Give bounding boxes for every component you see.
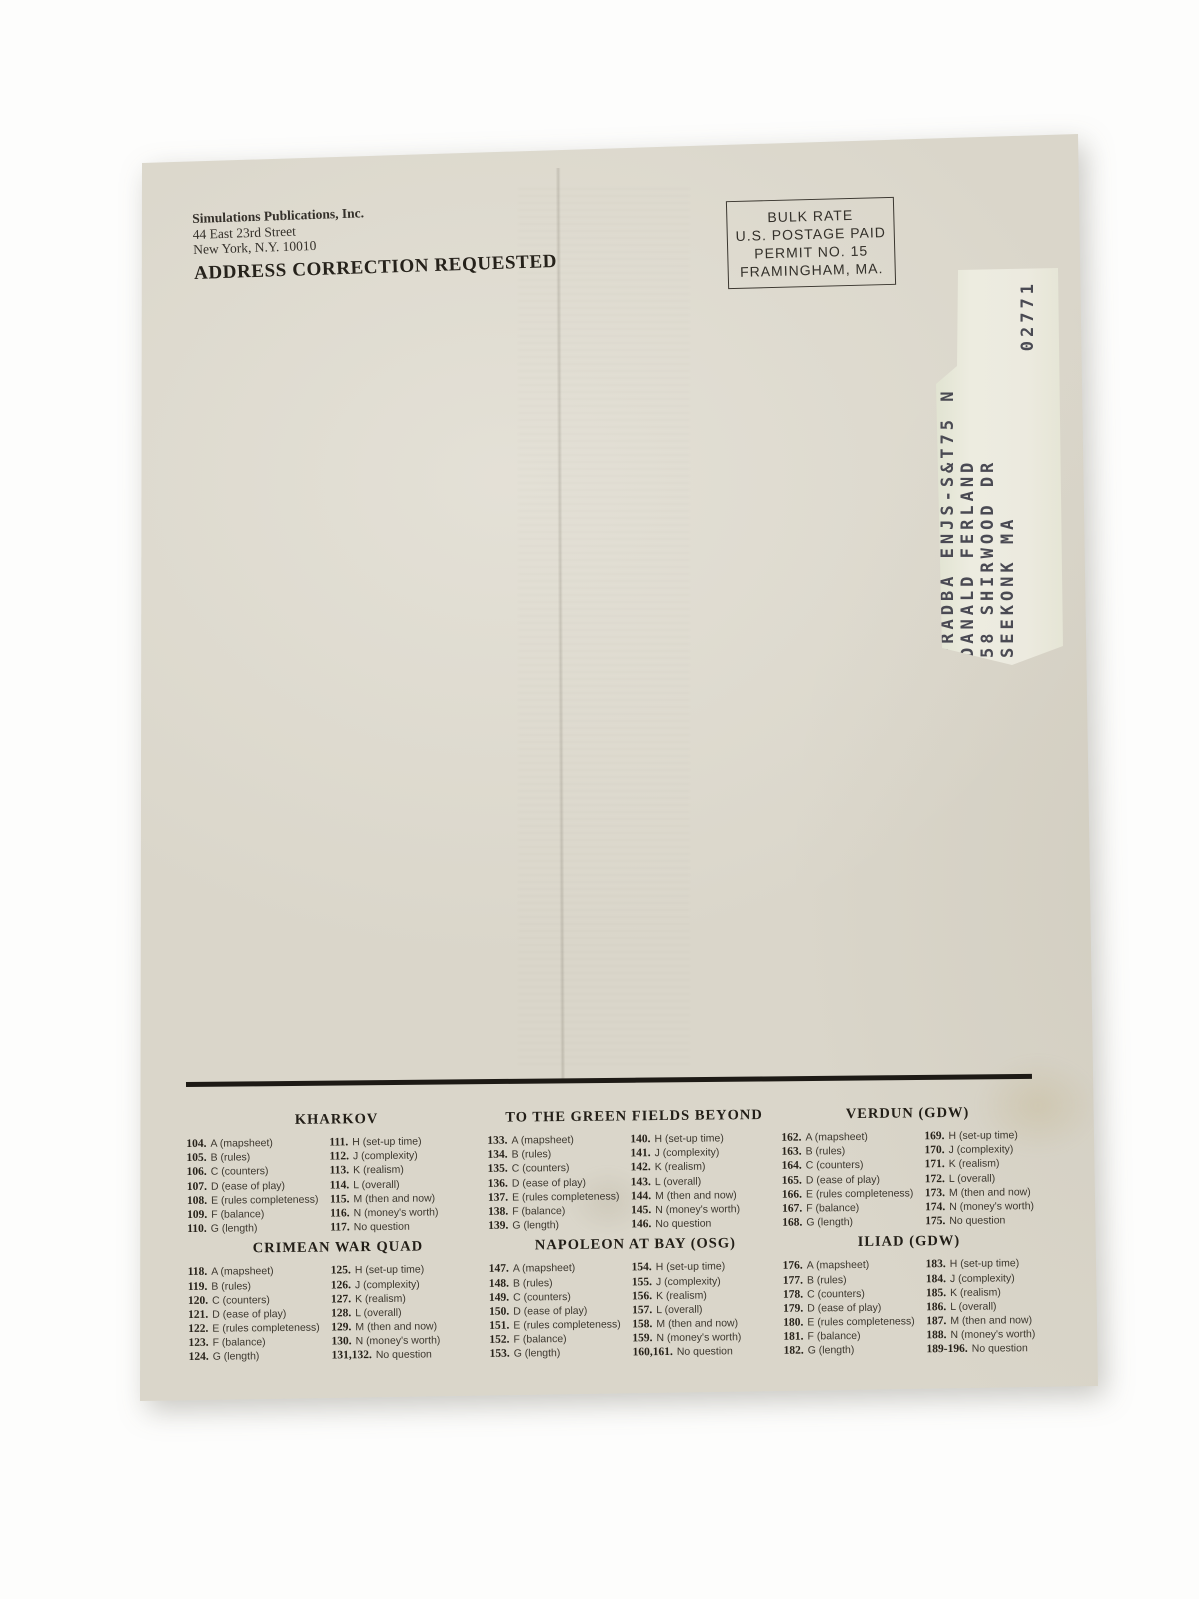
section-divider-rule — [186, 1074, 1032, 1087]
feedback-question-grid: KHARKOV104.A (mapsheet)111.H (set-up tim… — [186, 1103, 1037, 1368]
feedback-item: 160,161.No question — [632, 1342, 732, 1361]
feedback-section: NAPOLEON AT BAY (OSG)147.A (mapsheet)154… — [488, 1234, 783, 1358]
return-address-block: Simulations Publications, Inc. 44 East 2… — [192, 199, 557, 284]
feedback-section: ILIAD (GDW)176.A (mapsheet)183.H (set-up… — [782, 1231, 1036, 1355]
photo-background: Simulations Publications, Inc. 44 East 2… — [0, 0, 1199, 1599]
feedback-item: 182.G (length) — [783, 1340, 926, 1359]
subscriber-code: FRADBA ENJS-S&T75 N — [938, 266, 958, 658]
feedback-column: TO THE GREEN FIELDS BEYOND133.A (mapshee… — [487, 1106, 784, 1366]
question-label: G (length) — [806, 1216, 853, 1228]
feedback-section-title: KHARKOV — [186, 1109, 487, 1130]
question-label: G (length) — [514, 1348, 561, 1360]
page-shadow: Simulations Publications, Inc. 44 East 2… — [0, 0, 1199, 1599]
feedback-row: 164.C (counters)171.K (realism) — [781, 1153, 1034, 1170]
question-label: No question — [376, 1349, 432, 1362]
question-label: No question — [949, 1215, 1005, 1228]
recipient-street: 58 SHIRWOOD DR — [978, 266, 998, 658]
feedback-section-title: CRIMEAN WAR QUAD — [187, 1237, 488, 1258]
feedback-section-title: VERDUN (GDW) — [781, 1103, 1034, 1124]
question-label: G (length) — [211, 1222, 258, 1234]
question-label: G (length) — [213, 1351, 260, 1363]
feedback-section-title: TO THE GREEN FIELDS BEYOND — [487, 1106, 781, 1127]
feedback-row: 152.F (balance)159.N (money's worth) — [489, 1327, 783, 1344]
question-label: G (length) — [808, 1344, 855, 1356]
question-number: 182. — [783, 1345, 803, 1357]
feedback-row: 182.G (length)189-196.No question — [783, 1339, 1036, 1356]
feedback-item: 110.G (length) — [187, 1218, 330, 1237]
feedback-item: 189-196.No question — [926, 1339, 1027, 1358]
feedback-item: 175.No question — [925, 1211, 1005, 1230]
recipient-zip: 02771 — [1018, 266, 1038, 658]
question-number: 189-196. — [926, 1343, 967, 1355]
feedback-section: CRIMEAN WAR QUAD118.A (mapsheet)125.H (s… — [187, 1237, 489, 1361]
question-number: 146. — [631, 1218, 651, 1230]
recipient-city: SEEKONK MA — [998, 266, 1018, 658]
feedback-section: TO THE GREEN FIELDS BEYOND133.A (mapshee… — [487, 1106, 782, 1230]
feedback-section: VERDUN (GDW)162.A (mapsheet)169.H (set-u… — [781, 1103, 1035, 1227]
feedback-row: 168.G (length)175.No question — [782, 1210, 1035, 1227]
mailing-label-sticker: FRADBA ENJS-S&T75 N DANALD FERLAND 58 SH… — [930, 266, 1064, 666]
feedback-row: 178.C (counters)185.K (realism) — [783, 1282, 1036, 1299]
mailing-label-text: FRADBA ENJS-S&T75 N DANALD FERLAND 58 SH… — [936, 266, 1038, 658]
question-number: 175. — [925, 1215, 945, 1227]
question-label: No question — [972, 1343, 1028, 1356]
feedback-column: KHARKOV104.A (mapsheet)111.H (set-up tim… — [186, 1109, 490, 1369]
feedback-item: 153.G (length) — [489, 1343, 632, 1362]
feedback-column: VERDUN (GDW)162.A (mapsheet)169.H (set-u… — [781, 1103, 1037, 1362]
feedback-section-title: NAPOLEON AT BAY (OSG) — [488, 1234, 782, 1255]
feedback-section: KHARKOV104.A (mapsheet)111.H (set-up tim… — [186, 1109, 488, 1233]
feedback-item: 131,132.No question — [331, 1345, 431, 1364]
postage-line: FRAMINGHAM, MA. — [728, 259, 894, 281]
question-number: 160,161. — [632, 1346, 672, 1358]
feedback-row: 138.F (balance)145.N (money's worth) — [488, 1199, 782, 1216]
feedback-row: 110.G (length)117.No question — [187, 1216, 488, 1233]
feedback-item: 124.G (length) — [188, 1346, 331, 1365]
question-label: No question — [677, 1346, 733, 1359]
question-number: 153. — [489, 1348, 509, 1360]
question-number: 168. — [782, 1217, 802, 1229]
feedback-item: 146.No question — [631, 1214, 711, 1233]
feedback-item: 139.G (length) — [488, 1214, 631, 1233]
question-label: No question — [354, 1221, 410, 1234]
question-number: 117. — [330, 1221, 350, 1233]
question-number: 110. — [187, 1223, 207, 1235]
question-label: No question — [655, 1218, 711, 1231]
feedback-section-title: ILIAD (GDW) — [782, 1231, 1035, 1252]
question-label: G (length) — [512, 1219, 559, 1231]
question-number: 139. — [488, 1220, 508, 1232]
feedback-item: 168.G (length) — [782, 1211, 925, 1230]
recipient-name: DANALD FERLAND — [958, 266, 978, 658]
feedback-row: 124.G (length)131,132.No question — [188, 1344, 489, 1361]
print-showthrough — [518, 188, 690, 1068]
feedback-item: 117.No question — [330, 1217, 410, 1236]
magazine-back-cover-page: Simulations Publications, Inc. 44 East 2… — [0, 0, 1199, 1599]
question-number: 131,132. — [331, 1350, 371, 1362]
bulk-rate-postage-box: BULK RATE U.S. POSTAGE PAID PERMIT NO. 1… — [726, 197, 896, 289]
question-number: 124. — [189, 1351, 209, 1363]
